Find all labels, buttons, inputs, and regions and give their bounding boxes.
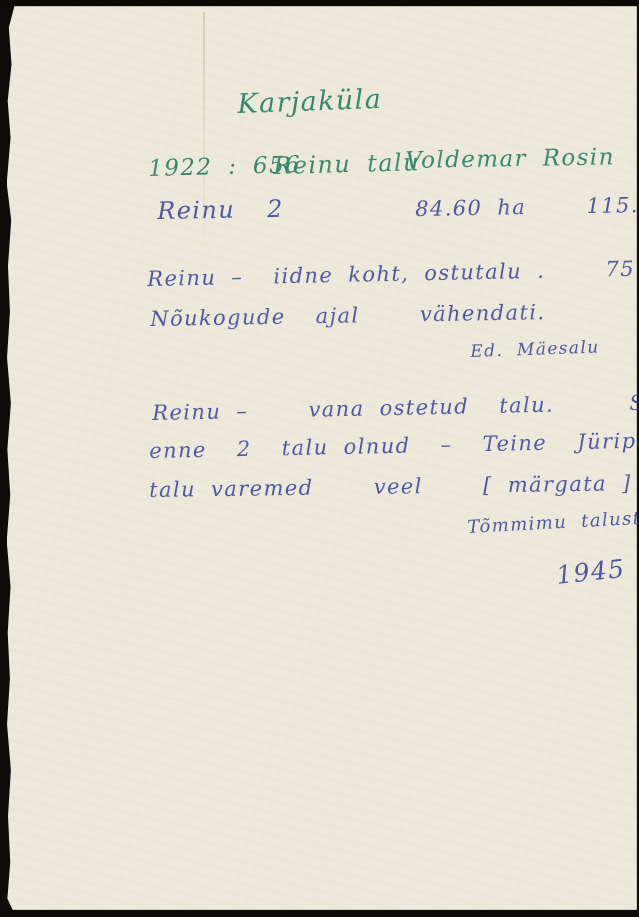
note1-line1: Reinu – iidne koht, ostutalu . 75 lünu,: [147, 256, 639, 291]
scan-edge-bottom: [0, 909, 639, 917]
note1-signature: Ed. Mäesalu: [470, 338, 600, 361]
farm-sub-name: Reinu 2: [157, 196, 284, 225]
note2-attribution: Tõmmimu talust: [467, 509, 639, 538]
owner-name: Voldemar Rosin: [405, 145, 615, 174]
note2-year: 1945: [555, 555, 627, 590]
scan-edge-top: [0, 0, 639, 7]
note2-line3: talu varemed veel [ märgata ] .: [149, 472, 639, 502]
farm-area: 84.60 ha 115.64 p.: [415, 193, 639, 221]
note2-line2: enne 2 talu olnud – Teine Jüripere-: [149, 429, 639, 463]
village-title: Karjaküla: [237, 85, 383, 120]
scanned-paper-sheet: Karjaküla 1922 : 656 Reinu talu Voldemar…: [7, 6, 637, 910]
note2-line1: Reinu – vana ostetud talu. Seal: [152, 391, 639, 425]
note1-line2: Nõukogude ajal vähendati.: [150, 301, 546, 331]
farm-name: Reinu talu: [273, 149, 420, 179]
paper-crease: [203, 12, 205, 262]
